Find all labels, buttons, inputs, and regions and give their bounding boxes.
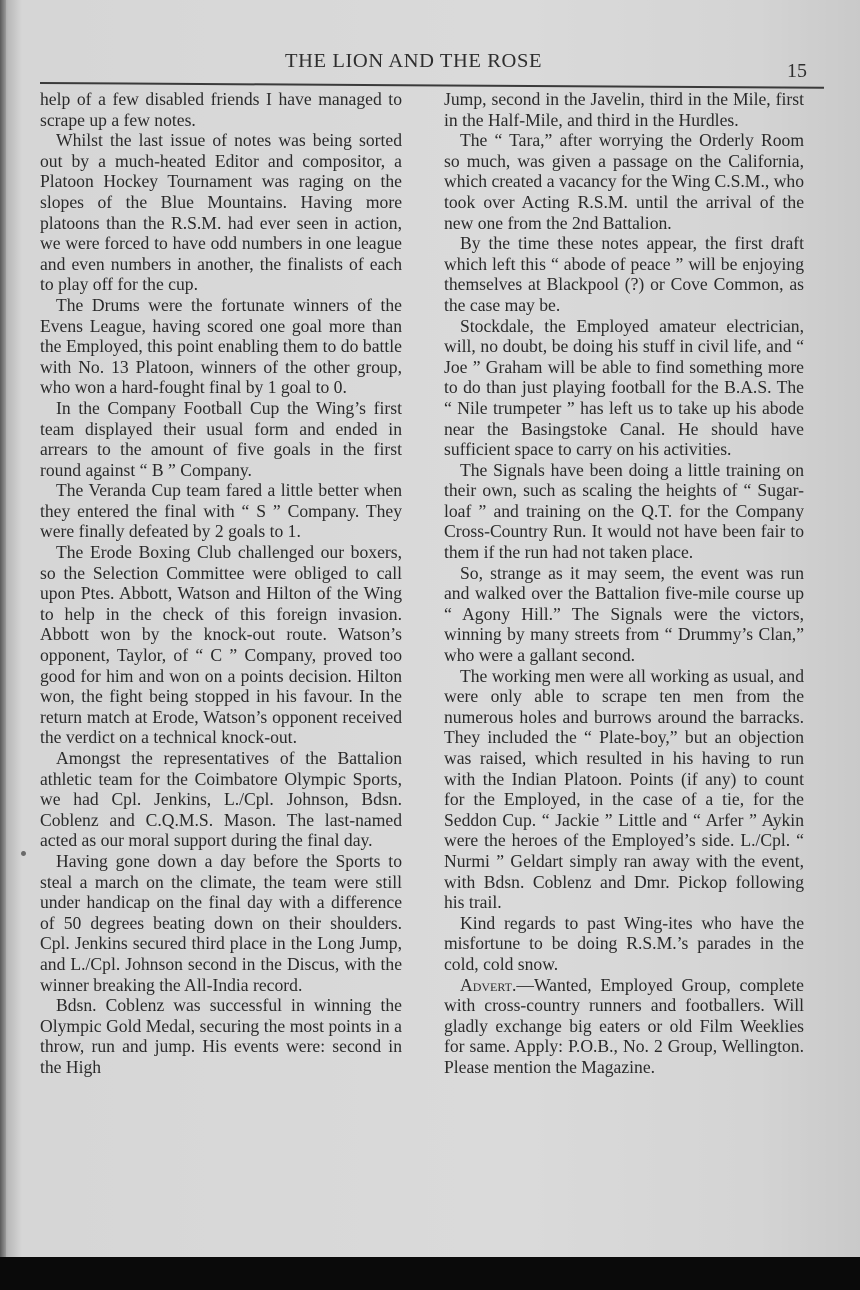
paragraph: The “ Tara,” after worrying the Orderly … <box>444 130 804 233</box>
paragraph: So, strange as it may seem, the event wa… <box>444 563 804 666</box>
paragraph: Kind regards to past Wing-ites who have … <box>444 913 804 975</box>
paragraph: By the time these notes appear, the firs… <box>444 233 804 315</box>
paragraph: Stockdale, the Employed amateur electric… <box>444 316 804 460</box>
running-title: THE LION AND THE ROSE <box>285 50 542 73</box>
advert-paragraph: Advert.—Wanted, Employed Group, complete… <box>444 975 804 1078</box>
paragraph: help of a few disabled friends I have ma… <box>40 89 402 130</box>
paragraph: Bdsn. Coblenz was successful in winning … <box>40 995 402 1077</box>
advert-label: Advert. <box>460 975 516 995</box>
paragraph: Whilst the last issue of notes was being… <box>40 130 402 295</box>
paragraph: The Erode Boxing Club challenged our box… <box>40 542 402 748</box>
paragraph: The Veranda Cup team fared a little bett… <box>40 480 402 542</box>
paragraph: In the Company Football Cup the Wing’s f… <box>40 398 402 480</box>
paragraph: Jump, second in the Javelin, third in th… <box>444 89 804 130</box>
paragraph: The Signals have been doing a little tra… <box>444 460 804 563</box>
right-column: Jump, second in the Javelin, third in th… <box>444 89 804 1078</box>
header-rule <box>40 82 824 89</box>
scanned-page: THE LION AND THE ROSE 15 help of a few d… <box>0 0 860 1257</box>
paragraph: The working men were all working as usua… <box>444 666 804 913</box>
page-number: 15 <box>787 60 807 83</box>
paragraph: The Drums were the fortunate winners of … <box>40 295 402 398</box>
ink-spot <box>21 851 26 856</box>
binding-shadow <box>0 0 6 1257</box>
paragraph: Amongst the representatives of the Batta… <box>40 748 402 851</box>
left-column: help of a few disabled friends I have ma… <box>40 89 402 1078</box>
paragraph: Having gone down a day before the Sports… <box>40 851 402 995</box>
scanner-bed-edge <box>0 1257 860 1290</box>
